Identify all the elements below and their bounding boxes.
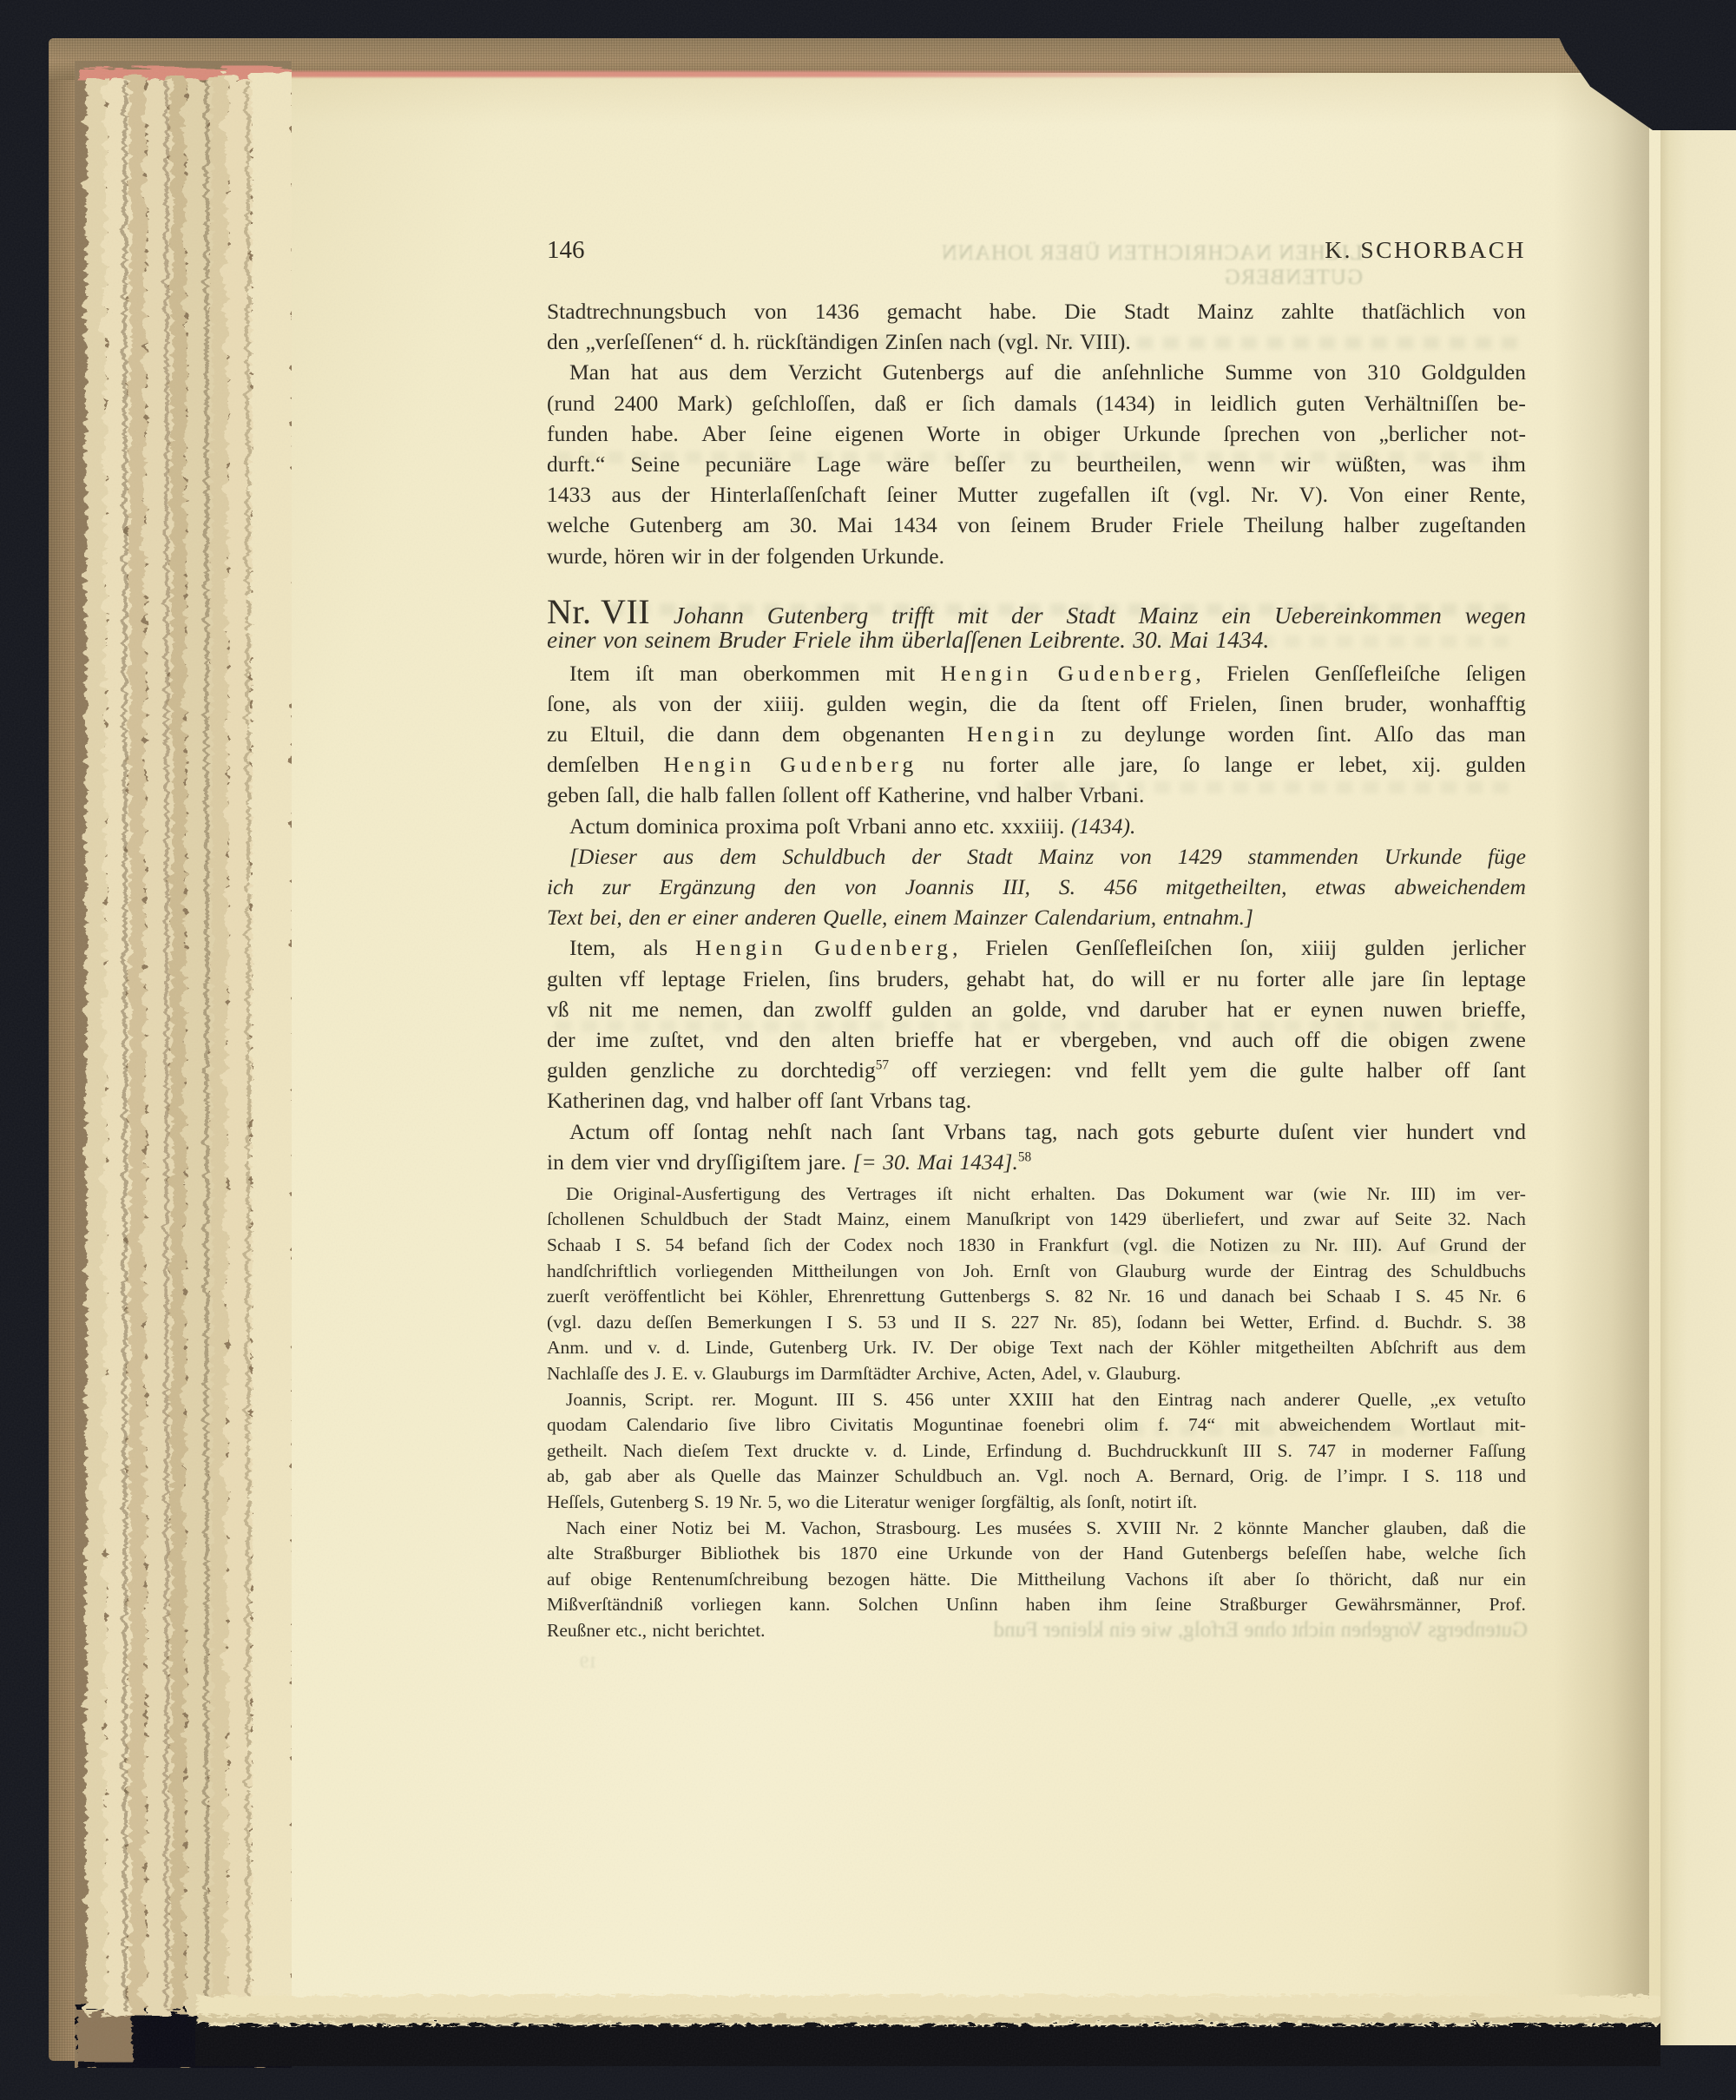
text-line: zuerſtveröffentlichtbeiKöhler,Ehrenrettu… bbox=[547, 1286, 1526, 1312]
text-line: Nr. VIIJohannGutenbergtrifftmitderStadtM… bbox=[547, 591, 1526, 626]
book-photo-stage: LICHEN NACHRICHTEN ÜBER JOHANN GUTENBERG… bbox=[0, 0, 1736, 2100]
editorial-note: [DieserausdemSchuldbuchderStadtMainzvon1… bbox=[547, 844, 1526, 936]
text-line: Textbei,denereineranderenQuelle,einemMai… bbox=[547, 905, 1526, 935]
text-line: einervonseinemBruderFrieleihmüberlaſſene… bbox=[547, 626, 1526, 661]
text-line: (vgl.dazudeſſenBemerkungenIS.53undIIS.22… bbox=[547, 1312, 1526, 1338]
text-line: Reußneretc.,nichtberichtet. bbox=[547, 1620, 1526, 1646]
text-line: ActumoffſontagnehſtnachſantVrbanstag,nac… bbox=[547, 1119, 1526, 1149]
footnote-joannis: Joannis,Script.rer.Mogunt.IIIS.456unterX… bbox=[547, 1389, 1526, 1517]
footnote-vachon: NacheinerNotizbeiM.Vachon,Strasbourg.Les… bbox=[547, 1517, 1526, 1646]
text-line: indemviervnddryſſigiſtemjare.[=30.Mai143… bbox=[547, 1149, 1526, 1180]
text-line: gebenſall,diehalbfallenſollentoffKatheri… bbox=[547, 782, 1526, 813]
text-line: demſelbenHenginGudenbergnuforterallejare… bbox=[547, 752, 1526, 782]
text-line: ItemiſtmanoberkommenmitHenginGudenberg,F… bbox=[547, 661, 1526, 691]
text-line: Heſſels,GutenbergS.19Nr.5,wodieLiteratur… bbox=[547, 1491, 1526, 1517]
text-line: ſone,alsvonderxiiij.guldenwegin,diedaſte… bbox=[547, 691, 1526, 721]
footnote-sources: DieOriginal-AusfertigungdesVertragesiſtn… bbox=[547, 1183, 1526, 1389]
text-line: NacheinerNotizbeiM.Vachon,Strasbourg.Les… bbox=[547, 1517, 1526, 1544]
text-line: welcheGutenbergam30.Mai1434vonſeinemBrud… bbox=[547, 512, 1526, 543]
text-line: wurde,hörenwirinderfolgendenUrkunde. bbox=[547, 543, 1526, 574]
text-line: alteStraßburgerBibliothekbis1870eineUrku… bbox=[547, 1543, 1526, 1569]
text-body: Stadtrechnungsbuchvon1436gemachthabe.Die… bbox=[547, 299, 1526, 1646]
gutter-shading bbox=[1554, 75, 1649, 2019]
text-line: (rund2400Mark)geſchloſſen,daßerſichdamal… bbox=[547, 391, 1526, 421]
document-text-schuldbuch: ItemiſtmanoberkommenmitHenginGudenberg,F… bbox=[547, 661, 1526, 813]
text-line: Anm.undv.d.Linde,GutenbergUrk.IV.Derobig… bbox=[547, 1337, 1526, 1363]
document-dating-german: ActumoffſontagnehſtnachſantVrbanstag,nac… bbox=[547, 1119, 1526, 1180]
paragraph-verzicht: ManhatausdemVerzichtGutenbergsaufdieanſe… bbox=[547, 359, 1526, 573]
text-line: Joannis,Script.rer.Mogunt.IIIS.456unterX… bbox=[547, 1389, 1526, 1415]
text-line: den„verſeſſenen“d.h.rückſtändigenZinſenn… bbox=[547, 329, 1526, 359]
text-line: zuEltuil,diedanndemobgenantenHenginzudey… bbox=[547, 721, 1526, 752]
text-line: DieOriginal-AusfertigungdesVertragesiſtn… bbox=[547, 1183, 1526, 1209]
document-dating-latin: ActumdominicaproximapoſtVrbaniannoetc.xx… bbox=[547, 813, 1526, 844]
text-line: fundenhabe.AberſeineeigenenWorteinobiger… bbox=[547, 421, 1526, 451]
text-line: Mißverſtändnißvorliegenkann.SolchenUnſin… bbox=[547, 1594, 1526, 1620]
text-line: ichzurErgänzungdenvonJoannisIII,S.456mit… bbox=[547, 874, 1526, 905]
text-line: NachlaſſedesJ.E.v.GlauburgsimDarmſtädter… bbox=[547, 1363, 1526, 1389]
text-line: ManhatausdemVerzichtGutenbergsaufdieanſe… bbox=[547, 359, 1526, 390]
text-line: handſchriftlichvorliegendenMittheilungen… bbox=[547, 1261, 1526, 1287]
paragraph-continuation: Stadtrechnungsbuchvon1436gemachthabe.Die… bbox=[547, 299, 1526, 359]
text-line: SchaabIS.54befandſichderCodexnoch1830inF… bbox=[547, 1234, 1526, 1261]
text-line: vßnitmenemen,danzwolffguldenangolde,vndd… bbox=[547, 997, 1526, 1027]
text-line: Stadtrechnungsbuchvon1436gemachthabe.Die… bbox=[547, 299, 1526, 329]
page-number: 146 bbox=[547, 236, 585, 265]
text-line: getheilt.NachdieſemTextdrucktev.d.Linde,… bbox=[547, 1440, 1526, 1466]
text-line: derimezuſtet,vnddenaltenbrieffehatervber… bbox=[547, 1027, 1526, 1057]
deckle-page-edges bbox=[75, 61, 292, 2068]
text-line: quodamCalendarioſivelibroCivitatisMogunt… bbox=[547, 1414, 1526, 1440]
page-top-colored-edge bbox=[286, 71, 1319, 77]
bleedthrough-signature-mark: 19 bbox=[562, 1653, 597, 1673]
text-line: ActumdominicaproximapoſtVrbaniannoetc.xx… bbox=[547, 813, 1526, 844]
text-line: aufobigeRentenumſchreibungbezogenhätte.D… bbox=[547, 1569, 1526, 1595]
text-line: durft.“SeinepecuniäreLagewärebeſſerzubeu… bbox=[547, 451, 1526, 482]
text-line: [DieserausdemSchuldbuchderStadtMainzvon1… bbox=[547, 844, 1526, 874]
document-text-calendarium: Item,alsHenginGudenberg,FrielenGenſſefle… bbox=[547, 935, 1526, 1118]
facing-page-sliver bbox=[1658, 85, 1736, 2045]
text-line: gultenvffleptageFrielen,ſinsbruders,geha… bbox=[547, 966, 1526, 997]
text-line: ab,gababeralsQuelledasMainzerSchuldbucha… bbox=[547, 1465, 1526, 1491]
section-heading-nr-vii: Nr. VIIJohannGutenbergtrifftmitderStadtM… bbox=[547, 591, 1526, 661]
text-line: 1433ausderHinterlaſſenſchaftſeinerMutter… bbox=[547, 482, 1526, 512]
page-bottom-deckle-edge bbox=[195, 1993, 1660, 2066]
running-head: K. SCHORBACH bbox=[1325, 236, 1526, 264]
text-line: Item,alsHenginGudenberg,FrielenGenſſefle… bbox=[547, 935, 1526, 965]
text-line: ſchollenenSchuldbuchderStadtMainz,einemM… bbox=[547, 1208, 1526, 1234]
text-line: guldengenzlichezudorchtedig57offverziege… bbox=[547, 1057, 1526, 1088]
page-header: 146 K. SCHORBACH bbox=[547, 236, 1526, 265]
text-line: Katherinendag,vndhalberoffſantVrbanstag. bbox=[547, 1088, 1526, 1118]
